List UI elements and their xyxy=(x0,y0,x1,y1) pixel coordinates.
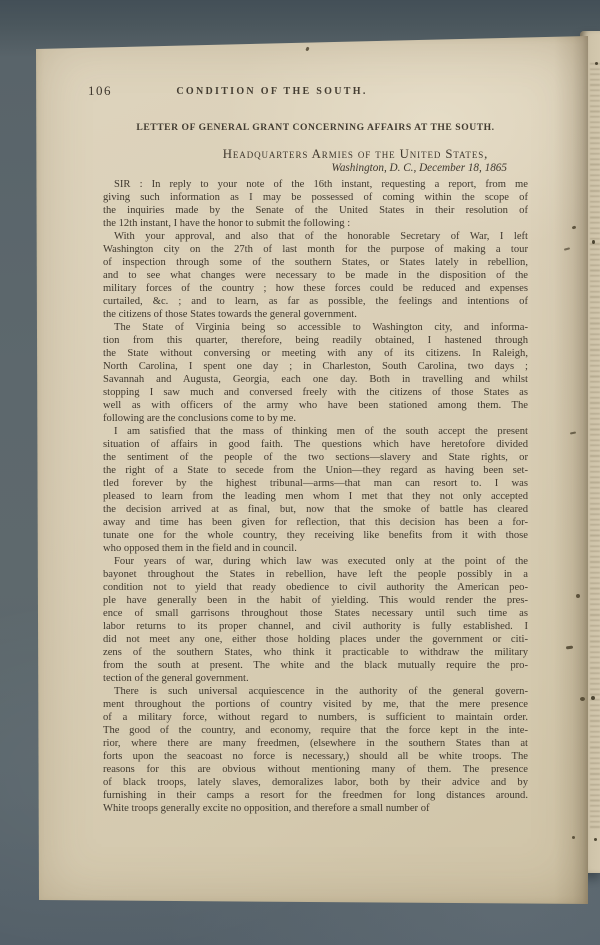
text-line: furnishing in their camps a resort for t… xyxy=(103,789,528,802)
text-line: forts upon the seacoast no force is nece… xyxy=(103,750,528,763)
text-line: tled forever by the highest tribunal—arm… xyxy=(103,477,528,490)
paragraph: With your approval, and also that of the… xyxy=(103,230,528,321)
paragraph: The State of Virginia being so accessibl… xyxy=(103,321,528,425)
paragraph: SIR : In reply to your note of the 16th … xyxy=(103,178,528,230)
text-line: the 12th instant, I have the honor to su… xyxy=(103,217,528,230)
text-line: did not meet any one, either those holdi… xyxy=(103,633,528,646)
text-line: Washington city on the 27th of last mont… xyxy=(103,243,528,256)
text-line: SIR : In reply to your note of the 16th … xyxy=(103,178,528,191)
page-fold-shadow xyxy=(554,36,588,904)
text-line: White troops generally excite no opposit… xyxy=(103,802,528,815)
text-line: bayonet throughout the States in rebelli… xyxy=(103,568,528,581)
ink-speck xyxy=(576,594,580,598)
text-line: the inquiries made by the Senate of the … xyxy=(103,204,528,217)
text-line: away and time has been given for reflect… xyxy=(103,516,528,529)
text-line: reasons for this are obvious without men… xyxy=(103,763,528,776)
photograph-backdrop: 106 CONDITION OF THE SOUTH. LETTER OF GE… xyxy=(0,0,600,945)
text-line: the sentiment of the people of the two s… xyxy=(103,451,528,464)
ink-speck xyxy=(564,247,570,250)
text-line: of a military force, without regard to n… xyxy=(103,711,528,724)
text-line: of inspection through some of the southe… xyxy=(103,256,528,269)
dateline: Washington, D. C., December 18, 1865 xyxy=(103,162,507,174)
text-line: giving such information as I may be poss… xyxy=(103,191,528,204)
text-line: ple have generally been in the habit of … xyxy=(103,594,528,607)
ink-speck xyxy=(566,646,573,649)
ink-speck xyxy=(580,697,585,701)
text-line: rior, where there are many freedmen, (el… xyxy=(103,737,528,750)
text-line: from the south at present. The white and… xyxy=(103,659,528,672)
text-line: ment throughout the portions of country … xyxy=(103,698,528,711)
text-line: situation of affairs in good faith. The … xyxy=(103,438,528,451)
ink-speck xyxy=(570,431,576,434)
page-number: 106 xyxy=(88,83,112,99)
text-line: tection of the general government. xyxy=(103,672,528,685)
ink-speck xyxy=(591,696,595,700)
text-line: condition not to yield that ready obedie… xyxy=(103,581,528,594)
text-line: well as with officers of the army who ha… xyxy=(103,399,528,412)
text-line: the citizens of those States towards the… xyxy=(103,308,528,321)
text-line: The good of the country, and economy, re… xyxy=(103,724,528,737)
text-line: There is such universal acquiescence in … xyxy=(103,685,528,698)
text-line: Savannah and Augusta, Georgia, each one … xyxy=(103,373,528,386)
ink-speck xyxy=(572,225,577,229)
text-line: military forces of the country ; how the… xyxy=(103,282,528,295)
text-line: of black troops, lately slaves, demorali… xyxy=(103,776,528,789)
paragraph: There is such universal acquiescence in … xyxy=(103,685,528,815)
text-line: tion from this quarter, therefore, being… xyxy=(103,334,528,347)
paragraph: I am satisfied that the mass of thinking… xyxy=(103,425,528,555)
text-line: and to see what changes were necessary t… xyxy=(103,269,528,282)
ink-speck xyxy=(594,838,597,841)
ink-speck xyxy=(305,47,309,52)
text-line: curtailed, &c. ; and to learn, as far as… xyxy=(103,295,528,308)
text-line: The State of Virginia being so accessibl… xyxy=(103,321,528,334)
text-line: tunate one for the whole country, they r… xyxy=(103,529,528,542)
headquarters-line: Headquarters Armies of the United States… xyxy=(143,147,568,162)
running-head: CONDITION OF THE SOUTH. xyxy=(132,86,412,97)
text-line: the State without conversing or meeting … xyxy=(103,347,528,360)
ink-speck xyxy=(592,240,595,244)
text-line: the decision arrived at as final, but, n… xyxy=(103,503,528,516)
text-line: North Carolina, I spent one day ; in Cha… xyxy=(103,360,528,373)
text-line: following are the conclusions come to by… xyxy=(103,412,528,425)
text-line: With your approval, and also that of the… xyxy=(103,230,528,243)
paragraph: Four years of war, during which law was … xyxy=(103,555,528,685)
book-page: 106 CONDITION OF THE SOUTH. LETTER OF GE… xyxy=(36,36,588,904)
ink-speck xyxy=(572,836,575,839)
text-line: ence of small garrisons throughout those… xyxy=(103,607,528,620)
ink-speck xyxy=(595,62,598,65)
text-line: who opposed them in the field and in cou… xyxy=(103,542,528,555)
text-line: I am satisfied that the mass of thinking… xyxy=(103,425,528,438)
text-line: pleased to learn from the leading men wh… xyxy=(103,490,528,503)
text-line: Four years of war, during which law was … xyxy=(103,555,528,568)
letter-body: SIR : In reply to your note of the 16th … xyxy=(103,178,528,815)
text-line: labor returns to its proper channel, and… xyxy=(103,620,528,633)
text-line: zens of the southern States, who think i… xyxy=(103,646,528,659)
letter-title: LETTER OF GENERAL GRANT CONCERNING AFFAI… xyxy=(103,122,528,133)
text-line: stopping I saw much and conversed freely… xyxy=(103,386,528,399)
text-line: the right of a State to secede from the … xyxy=(103,464,528,477)
